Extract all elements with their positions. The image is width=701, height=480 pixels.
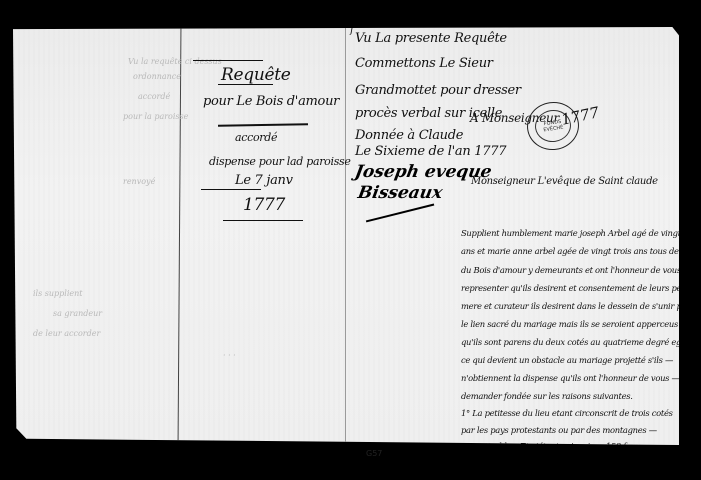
- ordonnance-line: Grandmottet pour dresser: [355, 83, 521, 98]
- bleedthrough-line: ils supplient: [33, 289, 82, 298]
- docket-year: 1777: [243, 195, 285, 215]
- bleedthrough-line: ordonnance: [133, 72, 181, 81]
- ordonnance-line: Donnée à Claude: [355, 128, 463, 143]
- fold-line-left: [178, 27, 182, 445]
- docket-note: dispense pour lad paroisse: [209, 155, 351, 168]
- docket-date: Le 7 janv: [235, 173, 293, 188]
- petition-line: ans et marie anne arbel agée de vingt tr…: [461, 246, 688, 256]
- docket-title: Requête: [221, 65, 291, 85]
- ordonnance-line: Vu La presente Requête: [355, 31, 507, 46]
- bottom-rule: [223, 220, 303, 221]
- petition-line: le lien sacré du mariage mais ils se ser…: [461, 319, 678, 329]
- ordonnance-date: Le Sixieme de l'an 1777: [355, 144, 506, 159]
- secretary-signature: Bisseaux: [356, 183, 444, 203]
- bleedthrough-line: accordé: [138, 92, 170, 101]
- corner-mark: f: [350, 25, 353, 36]
- signature-flourish: [366, 204, 434, 222]
- petition-line: du Bois d'amour y demeurants et ont l'ho…: [461, 265, 681, 275]
- fold-line-right: [345, 27, 346, 445]
- petition-line: mere et curateur ils desirent dans le de…: [461, 301, 690, 311]
- petition-line: n'obtiennent la dispense qu'ils ont l'ho…: [461, 373, 680, 383]
- bleedthrough-line: renvoyé: [123, 177, 155, 186]
- petition-line: impraticables, Et n'étant qu'environ 158…: [461, 441, 640, 451]
- petition-line: Supplient humblement marie joseph Arbel …: [461, 228, 694, 238]
- title-underline: [218, 84, 273, 85]
- stamp-line: EVÊCHÉ: [543, 125, 564, 134]
- date-underline: [201, 189, 261, 190]
- divider-rule: [218, 123, 308, 126]
- folio-mark: G57: [366, 449, 382, 458]
- bleedthrough-line: pour la paroisse: [123, 112, 188, 121]
- bleedthrough-line: de leur accorder: [33, 329, 100, 338]
- docket-decision: accordé: [235, 131, 277, 144]
- petition-line: demander fondée sur les raisons suivante…: [461, 391, 633, 401]
- petition-line: par les pays protestants ou par des mont…: [461, 425, 657, 435]
- petition-line: 1° La petitesse du lieu etant circonscri…: [461, 408, 673, 418]
- docket-subtitle: pour Le Bois d'amour: [203, 94, 339, 109]
- ordonnance-line: Commettons Le Sieur: [355, 56, 493, 71]
- petition-line: representer qu'ils desirent et consentem…: [461, 283, 700, 293]
- petition-line: ce qui devient un obstacle au mariage pr…: [461, 355, 673, 365]
- rule: [193, 60, 263, 61]
- petition-line: qu'ils sont parens du deux cotés au quat…: [461, 337, 688, 347]
- bleedthrough-line: · · ·: [223, 351, 236, 360]
- bleedthrough-line: sa grandeur: [53, 309, 102, 318]
- bleedthrough-line: Vu la requête ci dessus: [128, 57, 222, 66]
- document-page: Vu la requête ci dessus ordonnance accor…: [13, 27, 679, 445]
- addressee: Monseigneur L'evêque de Saint claude: [471, 176, 658, 187]
